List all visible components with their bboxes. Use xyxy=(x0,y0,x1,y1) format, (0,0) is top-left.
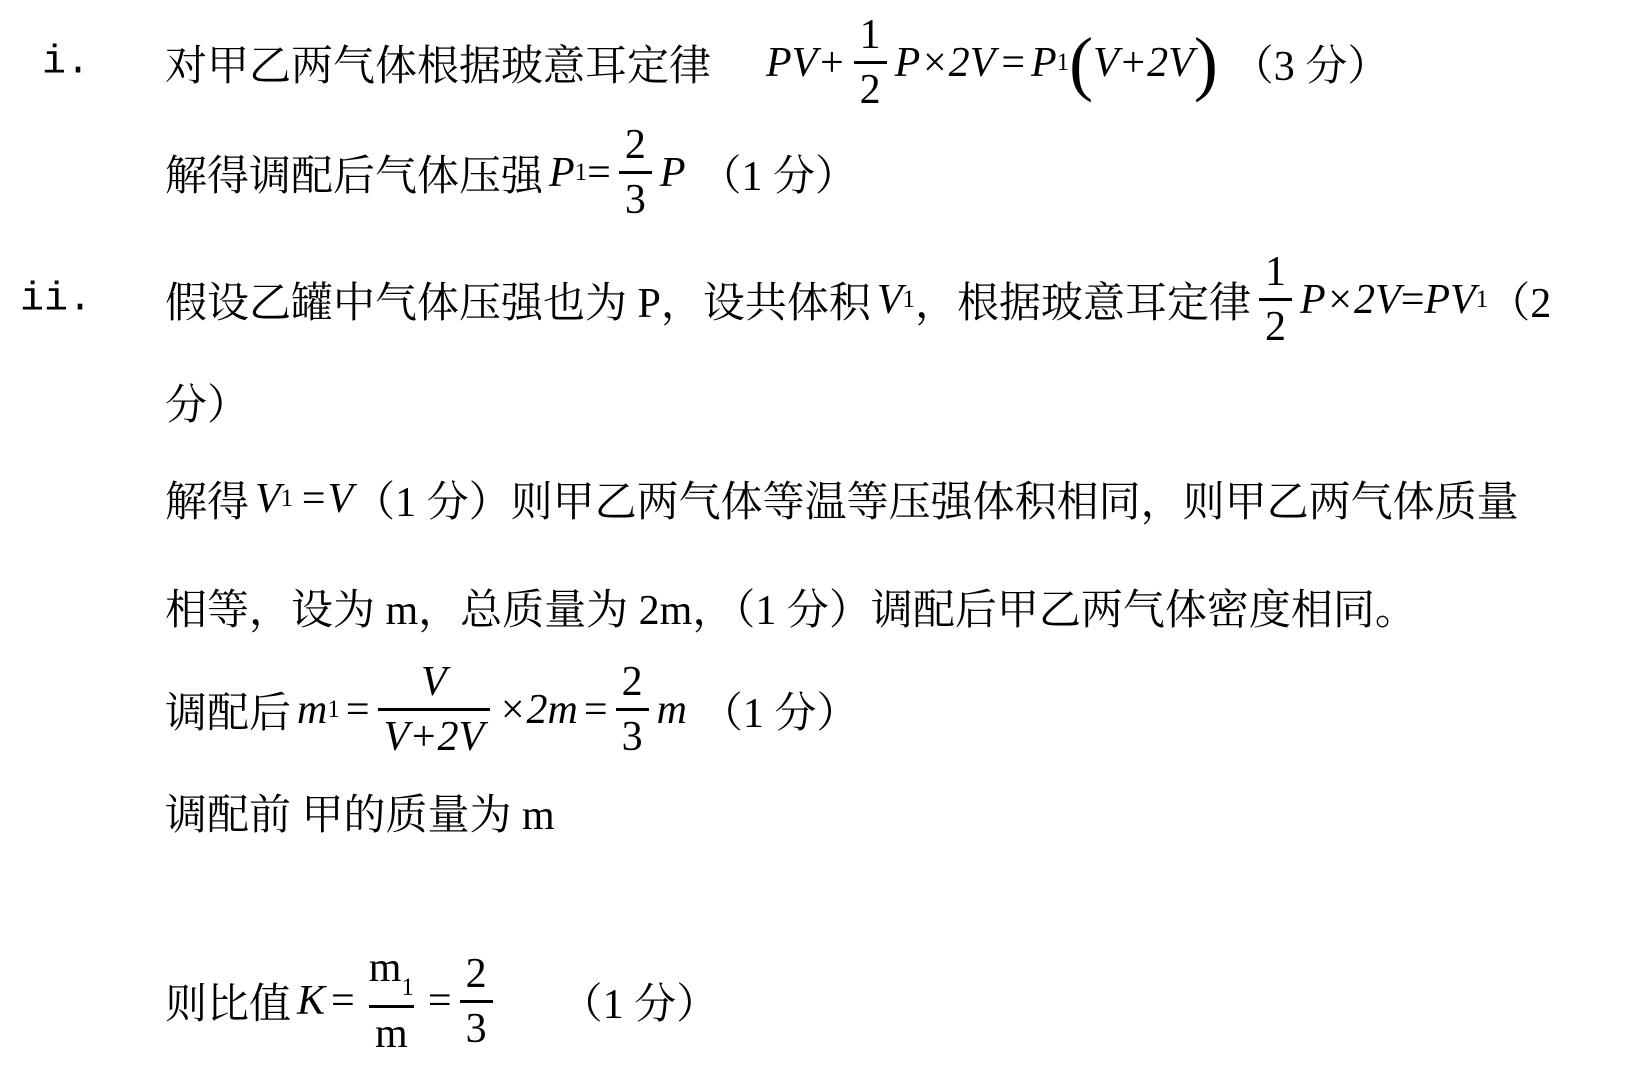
score-badge: （1 分） xyxy=(700,143,858,203)
line-text: 调配后 xyxy=(165,680,291,740)
equals-sign: = xyxy=(1401,276,1425,324)
item-ii-line-2: 分） xyxy=(0,357,1644,447)
fraction-v-over-v-plus-2v: VV+2V xyxy=(378,661,491,758)
list-marker-ii: ii. xyxy=(20,277,92,322)
item-ii-line-7: 则比值 K = m1m = 23 （1 分） xyxy=(0,941,1644,1061)
item-i-line-2: 解得调配后气体压强 P1= 23 P （1 分） xyxy=(0,120,1644,225)
v1-subscript: 1 xyxy=(281,485,294,513)
p1-base: P xyxy=(1031,39,1057,87)
v1-subscript: 1 xyxy=(903,286,916,314)
fraction-two-thirds: 23 xyxy=(460,953,493,1050)
score-badge: （3 分） xyxy=(1232,33,1390,93)
line-text: 调配前 甲的质量为 m xyxy=(165,782,555,842)
item-ii-line-4: 相等，设为 m，总质量为 2m，（1 分）调配后甲乙两气体密度相同。 xyxy=(0,562,1644,652)
score-close: 分） xyxy=(165,372,249,432)
line-text: 则比值 xyxy=(165,971,291,1031)
line-text: 对甲乙两气体根据玻意耳定律 xyxy=(165,33,711,93)
p-symbol: P xyxy=(660,149,686,197)
equals-sign: = xyxy=(587,149,611,197)
equals-sign: = xyxy=(346,686,370,734)
list-marker-i: i. xyxy=(42,40,90,85)
solution-page: i. 对甲乙两气体根据玻意耳定律 PV+ 12 P×2V = P1(V+2V) … xyxy=(0,0,1644,1070)
v1-base: V xyxy=(877,276,903,324)
m1-base: m xyxy=(369,945,402,991)
pv1-base: PV xyxy=(1424,276,1475,324)
equals-sign: = xyxy=(1001,39,1025,87)
m1-subscript: 1 xyxy=(327,696,340,724)
pv1-subscript: 1 xyxy=(1476,286,1489,314)
p1-subscript: 1 xyxy=(575,159,588,187)
score-open: （2 xyxy=(1488,270,1551,330)
formula-p2v: P×2V xyxy=(895,39,996,87)
equals-sign: = xyxy=(584,686,608,734)
item-ii-line-3: 解得 V1 =V （1 分）则甲乙两气体等温等压强体积相同，则甲乙两气体质量 xyxy=(0,454,1644,544)
line-text: ，根据玻意耳定律 xyxy=(915,270,1251,330)
fraction-two-thirds: 23 xyxy=(616,661,649,758)
item-ii-line-6: 调配前 甲的质量为 m xyxy=(0,767,1644,857)
formula-p2v: P×2V xyxy=(1300,276,1401,324)
fraction-two-thirds: 23 xyxy=(619,124,652,221)
p1-base: P xyxy=(549,149,575,197)
fraction-m1-over-m: m1m xyxy=(363,947,420,1055)
item-ii-line-1: ii. 假设乙罐中气体压强也为 P，设共体积 V1 ，根据玻意耳定律 12 P×… xyxy=(0,242,1644,357)
p1-subscript: 1 xyxy=(1057,49,1070,77)
m-denominator: m xyxy=(369,1005,414,1055)
equals-v: =V xyxy=(299,475,353,523)
line-text: （1 分）则甲乙两气体等温等压强体积相同，则甲乙两气体质量 xyxy=(353,469,1519,529)
item-ii-line-5: 调配后 m1 = VV+2V ×2m = 23 m （1 分） xyxy=(0,652,1644,767)
formula-pv-plus: PV+ xyxy=(766,39,846,87)
times-2m: ×2m xyxy=(498,686,578,734)
v1-base: V xyxy=(255,475,281,523)
fraction-one-half: 12 xyxy=(1259,251,1292,348)
line-text: 解得调配后气体压强 xyxy=(165,143,543,203)
item-i-line-1: i. 对甲乙两气体根据玻意耳定律 PV+ 12 P×2V = P1(V+2V) … xyxy=(0,5,1644,120)
line-text: 假设乙罐中气体压强也为 P，设共体积 xyxy=(165,270,871,330)
m-symbol: m xyxy=(657,686,687,734)
equals-sign: = xyxy=(331,977,355,1025)
line-text: 相等，设为 m，总质量为 2m，（1 分）调配后甲乙两气体密度相同。 xyxy=(165,577,1417,637)
paren-inner: V+2V xyxy=(1093,39,1194,87)
m1-subscript: 1 xyxy=(401,975,414,1000)
score-badge: （1 分） xyxy=(561,971,719,1031)
m1-base: m xyxy=(297,686,327,734)
line-text: 解得 xyxy=(165,469,249,529)
fraction-one-half: 12 xyxy=(854,14,887,111)
k-symbol: K xyxy=(297,977,325,1025)
score-badge: （1 分） xyxy=(701,680,859,740)
equals-sign: = xyxy=(428,977,452,1025)
